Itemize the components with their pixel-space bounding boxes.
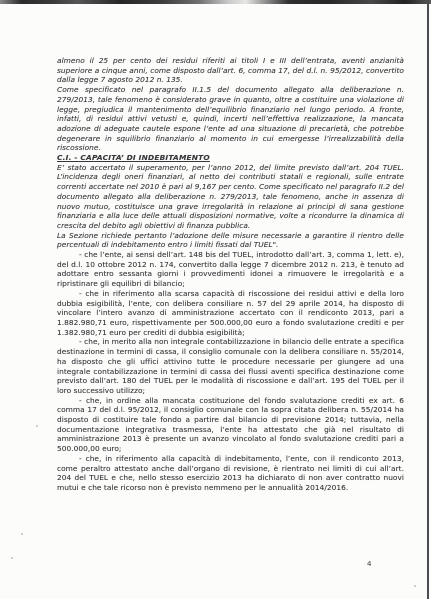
consideration-paragraph: - che, in riferimento alla capacità di i… — [57, 454, 404, 493]
quoted-section-paragraph: E’ stato accertato il superamento, per l… — [57, 163, 404, 231]
section-heading: C.I. - CAPACITA’ DI INDEBITAMENTO — [57, 153, 404, 163]
document-body-text: almeno il 25 per cento dei residui rifer… — [57, 56, 404, 493]
scan-speckle — [36, 425, 38, 427]
consideration-paragraph: - che l’ente, ai sensi dell’art. 148 bis… — [57, 250, 404, 289]
quoted-findings-paragraph: Come specificato nel paragrafo II.1.5 de… — [57, 85, 404, 153]
consideration-paragraph: - che in riferimento alla scarsa capacit… — [57, 289, 404, 338]
consideration-paragraph: - che, in merito alla non integrale cont… — [57, 337, 404, 395]
consideration-paragraph: - che, in ordine alla mancata costituzio… — [57, 396, 404, 454]
scan-artifact-right-line — [427, 0, 429, 599]
scan-speckle — [414, 585, 416, 587]
page-number: 4 — [367, 560, 371, 568]
quoted-findings-paragraph: almeno il 25 per cento dei residui rifer… — [57, 56, 404, 85]
scanned-document-page: almeno il 25 per cento dei residui rifer… — [0, 0, 431, 599]
quoted-section-paragraph: La Sezione richiede pertanto l’adozione … — [57, 231, 404, 250]
scan-artifact-top-band — [0, 0, 431, 4]
scan-speckle — [11, 557, 13, 559]
scan-speckle — [21, 533, 23, 535]
